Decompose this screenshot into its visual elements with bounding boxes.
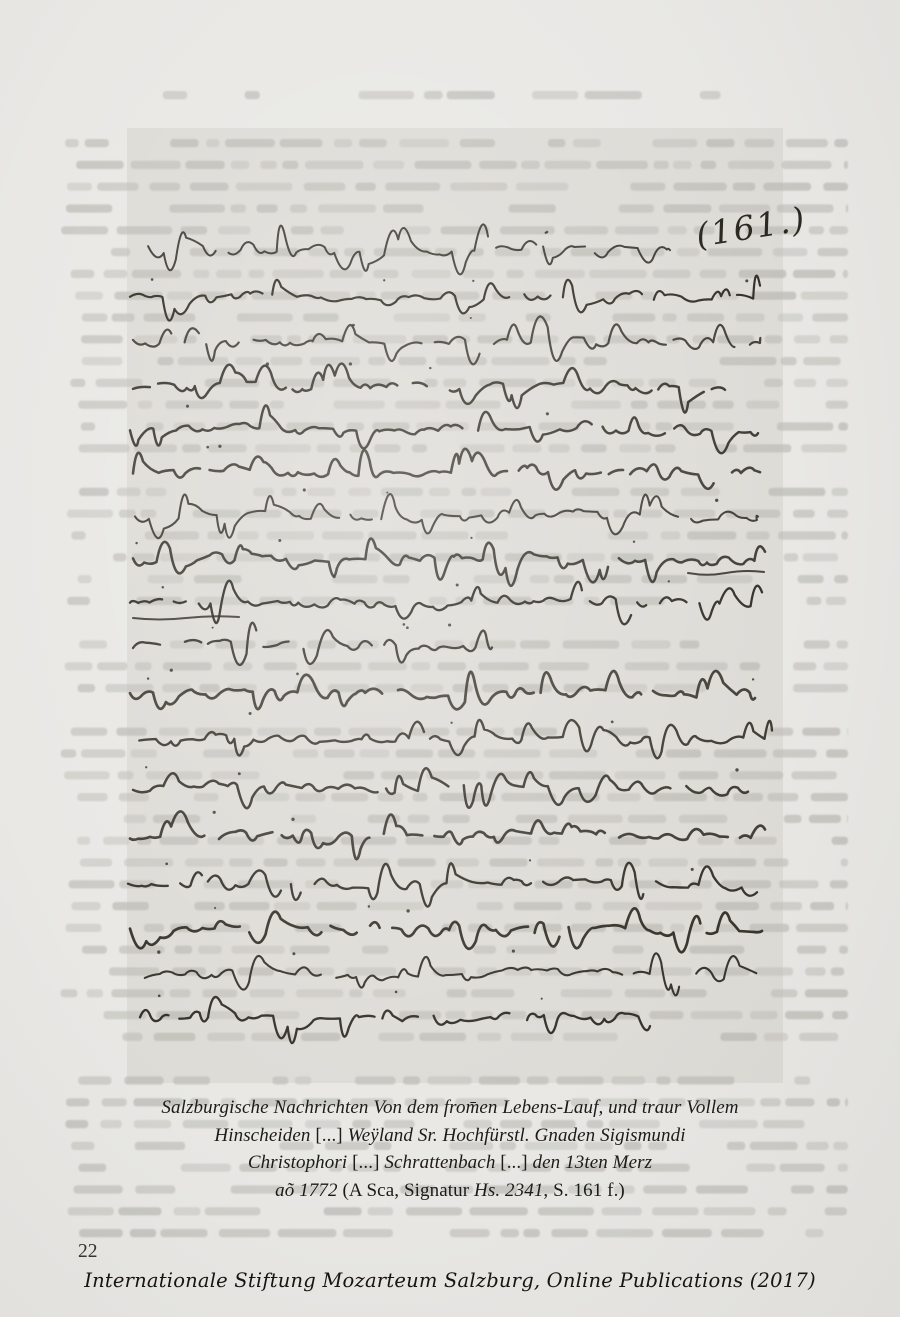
scanned-publication-page: (161.) Salzburgische Nachrichten Von dem… [0,0,900,1317]
manuscript-handwriting [128,224,772,1043]
caption: Salzburgische Nachrichten Von dem from̄e… [0,1094,900,1204]
publication-footer: Internationale Stiftung Mozarteum Salzbu… [0,1269,900,1292]
caption-line: Hinscheiden [...] Weÿland Sr. Hochfürstl… [0,1122,900,1150]
handwriting-line [128,863,757,907]
caption-line: Salzburgische Nachrichten Von dem from̄e… [0,1094,900,1122]
caption-line: Christophori [...] Schrattenbach [...] d… [0,1149,900,1177]
handwriting-underline [133,616,239,619]
handwriting-line [133,449,760,490]
page-number: 22 [78,1241,98,1263]
caption-line: aõ 1772 (A Sca, Signatur Hs. 2341, S. 16… [0,1177,900,1205]
handwriting-underline [688,571,764,575]
